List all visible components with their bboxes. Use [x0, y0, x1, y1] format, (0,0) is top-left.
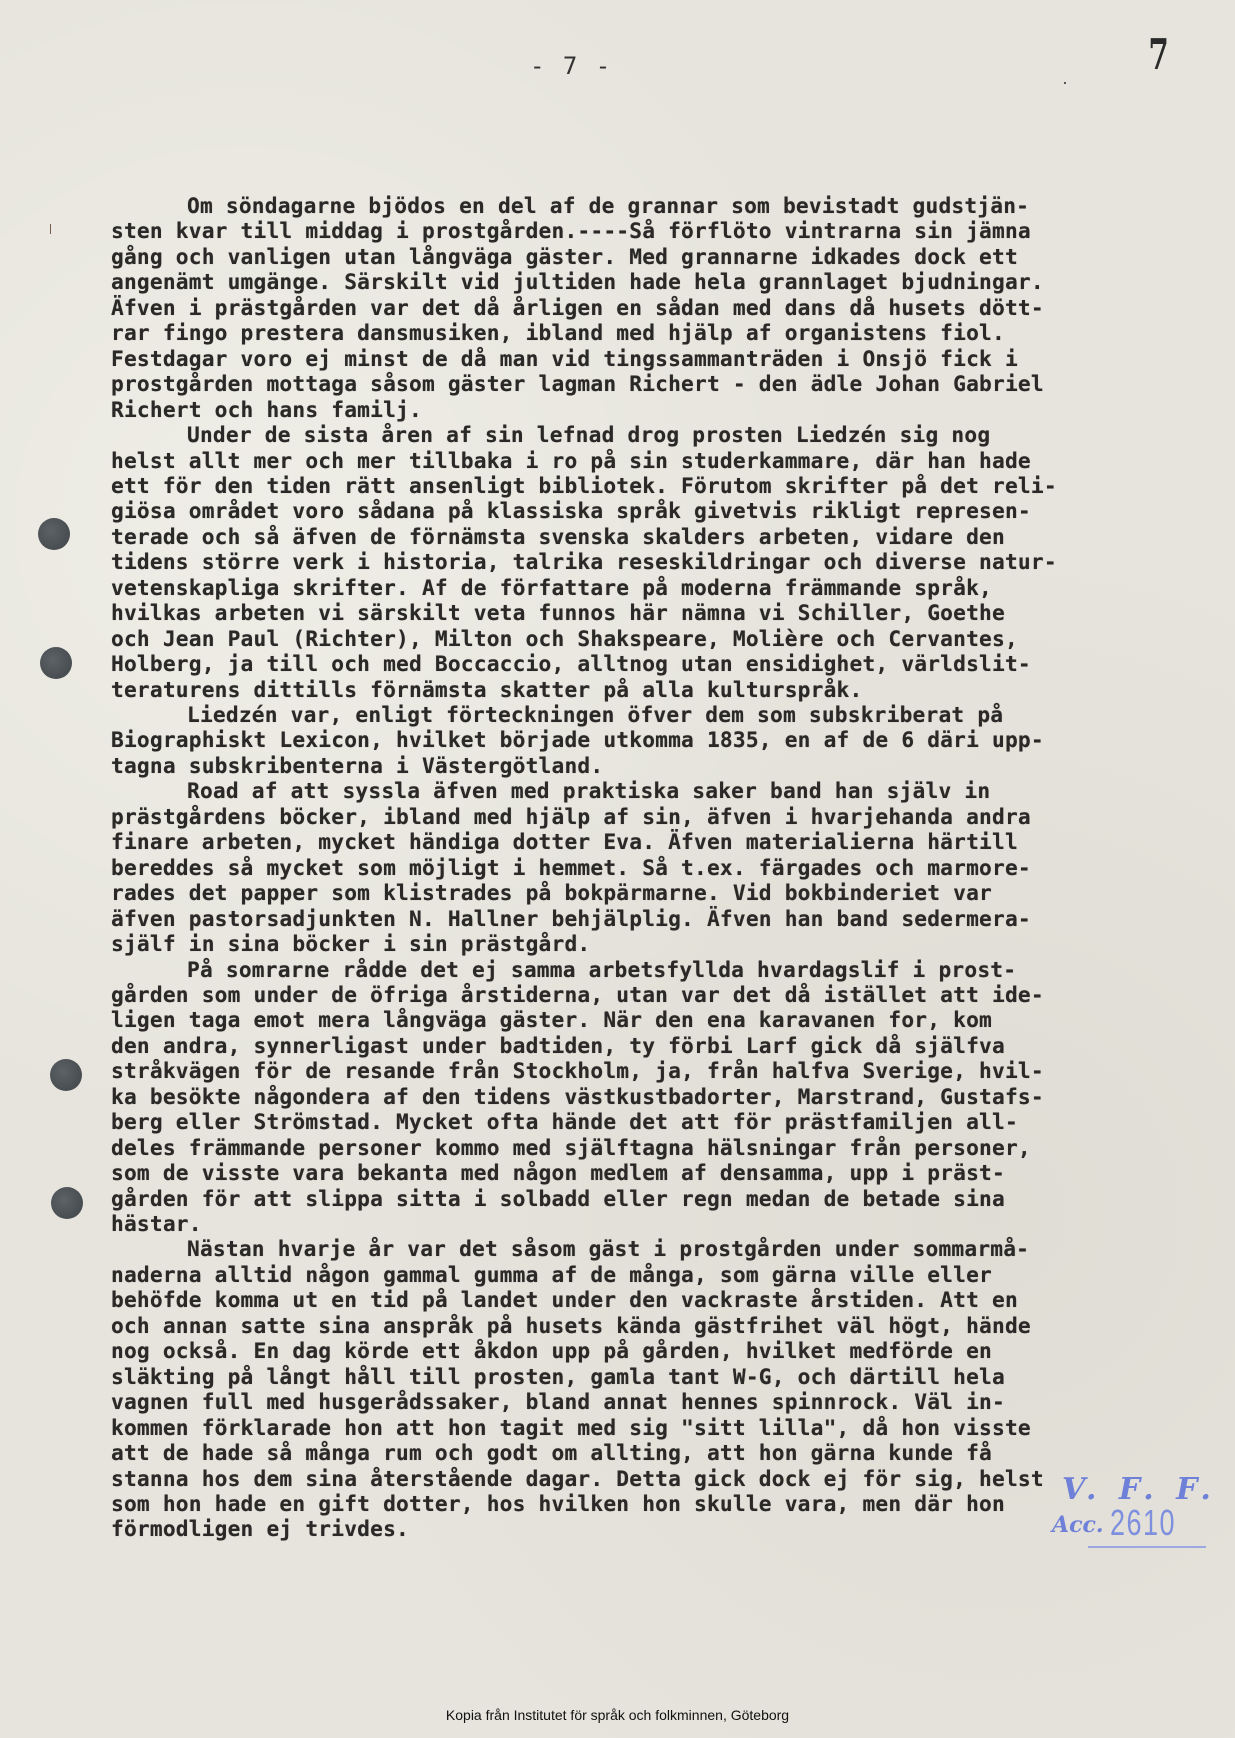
text-line: ligen taga emot mera långväga gäster. Nä…: [111, 1008, 992, 1032]
text-line: och annan satte sina anspråk på husets k…: [111, 1314, 1031, 1338]
text-line: gården som under de öfriga årstiderna, u…: [111, 983, 1044, 1007]
text-line: gång och vanligen utan långväga gäster. …: [111, 245, 1018, 269]
text-line: prostgården mottaga såsom gäster lagman …: [111, 372, 1044, 396]
text-line: Under de sista åren af sin lefnad drog p…: [187, 423, 990, 447]
text-line: förmodligen ej trivdes.: [111, 1517, 409, 1541]
text-line: På somrarne rådde det ej samma arbetsfyl…: [187, 958, 1016, 982]
text-line: Om söndagarne bjödos en del af de granna…: [187, 194, 1029, 218]
text-line: rar fingo prestera dansmusiken, ibland m…: [111, 321, 1005, 345]
text-line: kommen förklarade hon att hon tagit med …: [111, 1416, 1031, 1440]
text-line: Road af att syssla äfven med praktiska s…: [187, 779, 990, 803]
copy-footer: Kopia från Institutet för språk och folk…: [0, 1707, 1235, 1723]
text-line: tagna subskribenterna i Västergötland.: [111, 754, 603, 778]
punch-hole: [38, 518, 70, 550]
punch-hole: [51, 1187, 83, 1219]
text-line: ett för den tiden rätt ansenligt bibliot…: [111, 474, 1057, 498]
margin-mark: [50, 224, 51, 234]
text-line: deles främmande personer kommo med själf…: [111, 1136, 1031, 1160]
text-line: berg eller Strömstad. Mycket ofta hände …: [111, 1110, 1018, 1134]
text-line: vetenskapliga skrifter. Af de författare…: [111, 576, 992, 600]
stamp-underline: [1088, 1546, 1206, 1548]
text-line: Äfven i prästgården var det då årligen e…: [111, 296, 1044, 320]
stamp-acc-label: Acc.: [1052, 1512, 1104, 1538]
stamp-acc-number: 2610: [1110, 1502, 1176, 1544]
text-line: hvilkas arbeten vi särskilt veta funnos …: [111, 601, 1005, 625]
text-line: vagnen full med husgerådssaker, bland an…: [111, 1390, 1005, 1414]
text-line: finare arbeten, mycket händiga dotter Ev…: [111, 830, 1018, 854]
text-line: prästgårdens böcker, ibland med hjälp af…: [111, 805, 1031, 829]
ink-speck: [1064, 82, 1066, 84]
text-line: stanna hos dem sina återstående dagar. D…: [111, 1467, 1044, 1491]
text-line: Nästan hvarje år var det såsom gäst i pr…: [187, 1237, 1029, 1261]
text-line: angenämt umgänge. Särskilt vid jultiden …: [111, 270, 1044, 294]
text-line: Holberg, ja till och med Boccaccio, allt…: [111, 652, 1031, 676]
text-line: giösa området voro sådana på klassiska s…: [111, 499, 1031, 523]
text-line: Festdagar voro ej minst de då man vid ti…: [111, 347, 1018, 371]
text-line: själf in sina böcker i sin prästgård.: [111, 932, 590, 956]
text-line: och Jean Paul (Richter), Milton och Shak…: [111, 627, 1018, 651]
text-line: terade och så äfven de förnämsta svenska…: [111, 525, 1005, 549]
text-line: som hon hade en gift dotter, hos hvilken…: [111, 1492, 1005, 1516]
text-line: att de hade så många rum och godt om all…: [111, 1441, 992, 1465]
text-line: bereddes så mycket som möjligt i hemmet.…: [111, 856, 1031, 880]
text-line: hästar.: [111, 1212, 202, 1236]
text-line: gården för att slippa sitta i solbadd el…: [111, 1187, 1005, 1211]
text-line: naderna alltid någon gammal gumma af de …: [111, 1263, 992, 1287]
text-line: behöfde komma ut en tid på landet under …: [111, 1288, 1018, 1312]
text-line: ka besökte någondera af den tidens västk…: [111, 1085, 1044, 1109]
text-line: stråkvägen för de resande från Stockholm…: [111, 1059, 1044, 1083]
punch-hole: [40, 647, 72, 679]
text-line: släkting på långt håll till prosten, gam…: [111, 1365, 1005, 1389]
page-number: - 7 -: [530, 52, 612, 80]
text-line: den andra, synnerligast under badtiden, …: [111, 1034, 1005, 1058]
text-line: Biographiskt Lexicon, hvilket började ut…: [111, 728, 1044, 752]
text-line: tidens större verk i historia, talrika r…: [111, 550, 1057, 574]
text-line: sten kvar till middag i prostgården.----…: [111, 219, 1031, 243]
text-line: Richert och hans familj.: [111, 398, 422, 422]
text-line: nog också. En dag körde ett åkdon upp på…: [111, 1339, 992, 1363]
punch-hole: [50, 1059, 82, 1091]
text-line: som de visste vara bekanta med någon med…: [111, 1161, 1005, 1185]
text-line: teraturens dittills förnämsta skatter på…: [111, 678, 862, 702]
text-line: helst allt mer och mer tillbaka i ro på …: [111, 449, 1031, 473]
text-line: äfven pastorsadjunkten N. Hallner behjäl…: [111, 907, 1031, 931]
text-line: rades det papper som klistrades på bokpä…: [111, 881, 992, 905]
archive-page-number: 7: [1148, 30, 1168, 79]
text-line: Liedzén var, enligt förteckningen öfver …: [187, 703, 1003, 727]
